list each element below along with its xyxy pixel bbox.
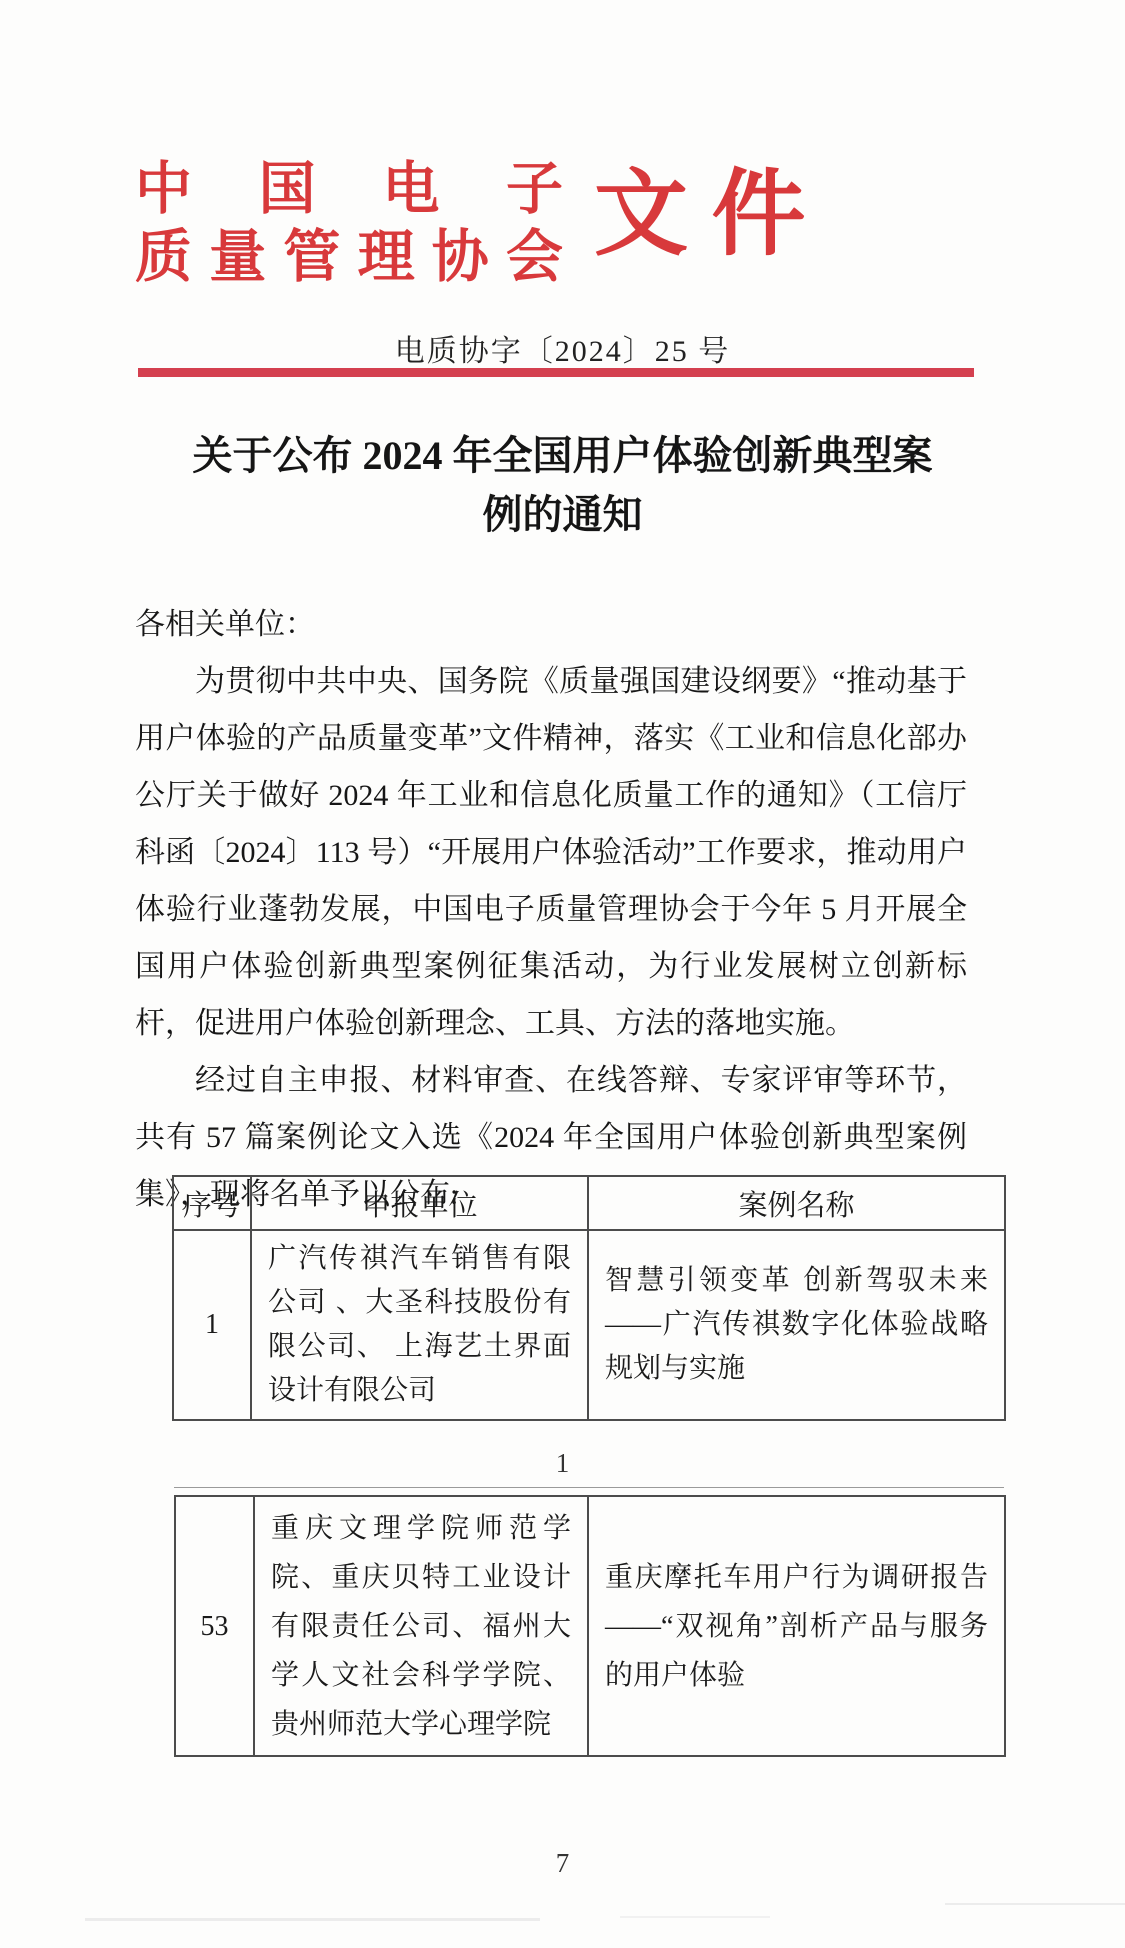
col-header-case-name: 案例名称 xyxy=(588,1176,1005,1230)
scan-seam-artifact xyxy=(85,1918,540,1921)
page-number-7: 7 xyxy=(0,1848,1125,1879)
doc-title-line2: 例的通知 xyxy=(0,485,1125,544)
table-row: 1 广汽传祺汽车销售有限公司 、大圣科技股份有限公司、 上海艺土界面设计有限公司… xyxy=(173,1230,1005,1420)
letterhead-org-name: 中 国 电 子 质 量 管 理 协 会 xyxy=(135,156,563,292)
table-top-hairline xyxy=(174,1487,1004,1488)
scan-seam-artifact xyxy=(620,1916,770,1918)
doc-body: 各相关单位： 为贯彻中共中央、国务院《质量强国建设纲要》“推动基于用户体验的产品… xyxy=(135,596,967,1223)
row53-unit: 重庆文理学院师范学院、重庆贝特工业设计有限责任公司、福州大学人文社会科学学院、贵… xyxy=(254,1496,588,1756)
row1-unit: 广汽传祺汽车销售有限公司 、大圣科技股份有限公司、 上海艺土界面设计有限公司 xyxy=(251,1230,588,1420)
row53-case-name: 重庆摩托车用户行为调研报告——“双视角”剖析产品与服务的用户体验 xyxy=(588,1496,1005,1756)
doc-type-label: 文 件 xyxy=(594,168,806,262)
doc-title: 关于公布 2024 年全国用户体验创新典型案 例的通知 xyxy=(0,426,1125,544)
row1-case-name: 智慧引领变革 创新驾驭未来——广汽传祺数字化体验战略规划与实施 xyxy=(588,1230,1005,1420)
paragraph-1: 为贯彻中共中央、国务院《质量强国建设纲要》“推动基于用户体验的产品质量变革”文件… xyxy=(135,653,967,1052)
row1-index: 1 xyxy=(173,1230,251,1420)
doc-number: 电质协字〔2024〕25 号 xyxy=(0,326,1125,370)
row53-index: 53 xyxy=(175,1496,254,1756)
salutation: 各相关单位： xyxy=(135,596,967,653)
scan-seam-artifact xyxy=(945,1903,1125,1905)
org-name-line2: 质 量 管 理 协 会 xyxy=(135,224,563,292)
doc-title-line1: 关于公布 2024 年全国用户体验创新典型案 xyxy=(0,426,1125,485)
table-row: 53 重庆文理学院师范学院、重庆贝特工业设计有限责任公司、福州大学人文社会科学学… xyxy=(175,1496,1005,1756)
table-header-row: 序号 申报单位 案例名称 xyxy=(173,1176,1005,1230)
letterhead-rule xyxy=(138,368,974,377)
col-header-index: 序号 xyxy=(173,1176,251,1230)
case-table-page7: 53 重庆文理学院师范学院、重庆贝特工业设计有限责任公司、福州大学人文社会科学学… xyxy=(174,1495,1006,1757)
case-table-page1: 序号 申报单位 案例名称 1 广汽传祺汽车销售有限公司 、大圣科技股份有限公司、… xyxy=(172,1175,1006,1421)
col-header-unit: 申报单位 xyxy=(251,1176,588,1230)
page-number-1: 1 xyxy=(0,1448,1125,1479)
org-name-line1: 中 国 电 子 xyxy=(135,156,563,224)
